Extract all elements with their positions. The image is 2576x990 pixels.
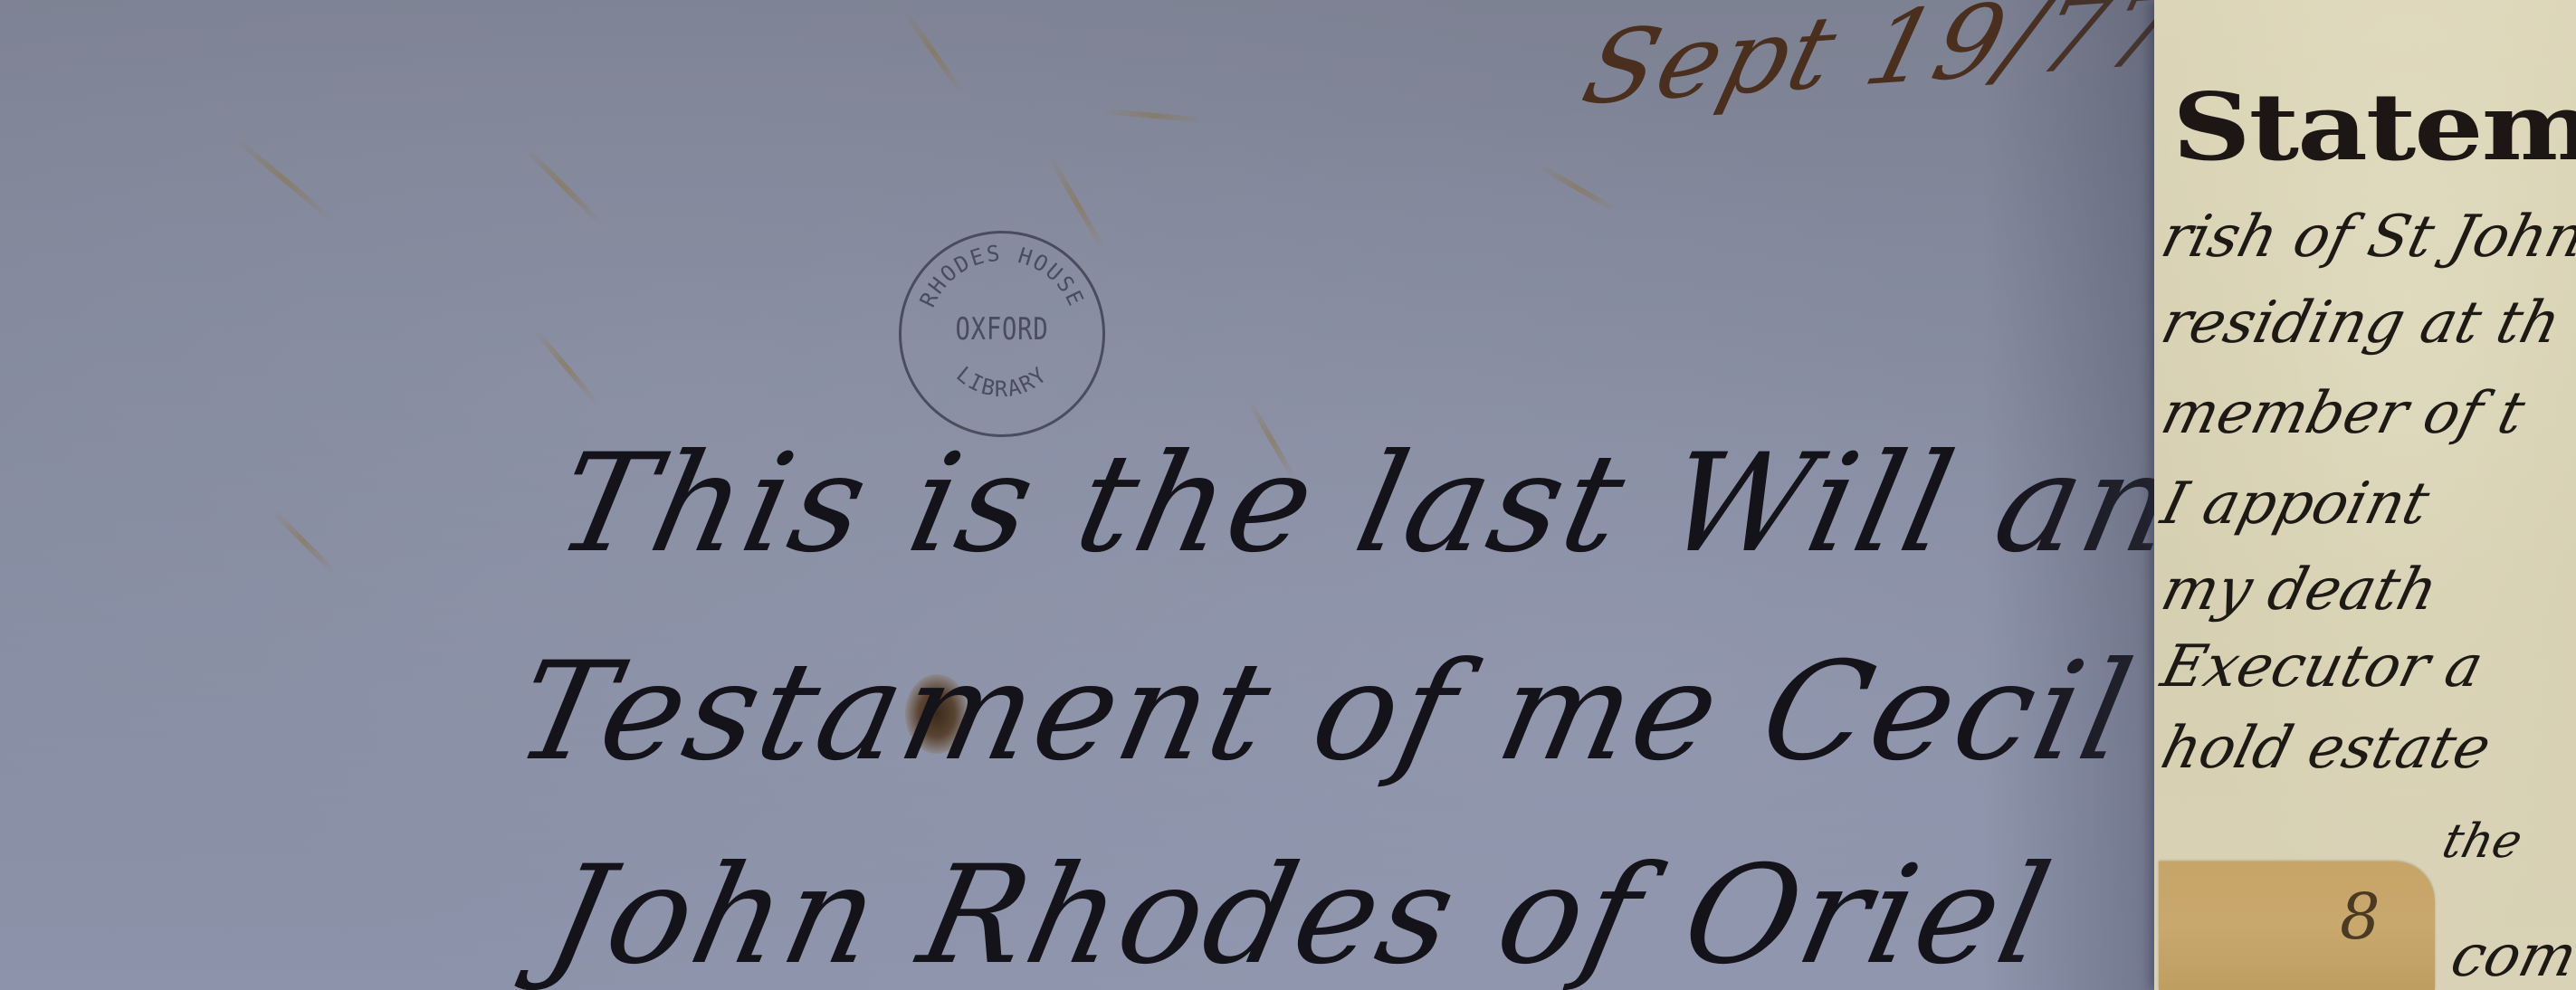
adjacent-line: hold estate (2155, 715, 2497, 782)
stamp-ring-text: RHODES HOUSE LIBRARY (902, 233, 1102, 434)
will-line-1: This is the last Will and (545, 425, 2283, 583)
adjacent-document: Statem rish of St John residing at th me… (2154, 0, 2576, 990)
paper-crease (1047, 156, 1106, 252)
adjacent-line: residing at th (2155, 290, 2567, 357)
paper-crease (1538, 163, 1619, 213)
paper-crease (234, 137, 334, 223)
will-page: Sept 19/77. RHODES HOUSE LIBRARY OXFORD … (0, 0, 2154, 990)
paper-crease (1246, 400, 1296, 481)
will-line-2: Testament of me Cecil (504, 633, 2148, 791)
adjacent-line: the (2438, 814, 2528, 869)
date-annotation: Sept 19/77. (1572, 0, 2226, 128)
adjacent-heading: Statem (2172, 73, 2576, 182)
paper-crease (903, 10, 965, 95)
library-stamp: RHODES HOUSE LIBRARY OXFORD (899, 231, 1105, 437)
paper-crease (532, 327, 600, 406)
paper-crease (523, 146, 604, 226)
adjacent-line: com (2445, 923, 2576, 990)
tab-number: 8 (2340, 880, 2380, 954)
adjacent-line: Executor a (2155, 633, 2490, 700)
adjacent-line: member of t (2155, 380, 2532, 447)
ink-blot (905, 674, 968, 754)
document-photo: Sept 19/77. RHODES HOUSE LIBRARY OXFORD … (0, 0, 2576, 990)
svg-text:LIBRARY: LIBRARY (951, 362, 1053, 403)
adjacent-line: I appoint (2155, 471, 2436, 538)
stamp-center-text: OXFORD (921, 311, 1083, 347)
paper-crease (270, 508, 338, 576)
will-line-3: John Rhodes of Oriel (536, 837, 2066, 990)
adjacent-line: my death (2155, 557, 2445, 624)
svg-text:RHODES HOUSE: RHODES HOUSE (915, 241, 1090, 311)
paper-crease (1104, 109, 1204, 123)
adjacent-line: rish of St John (2155, 204, 2576, 271)
archive-tab: 8 (2159, 861, 2435, 990)
